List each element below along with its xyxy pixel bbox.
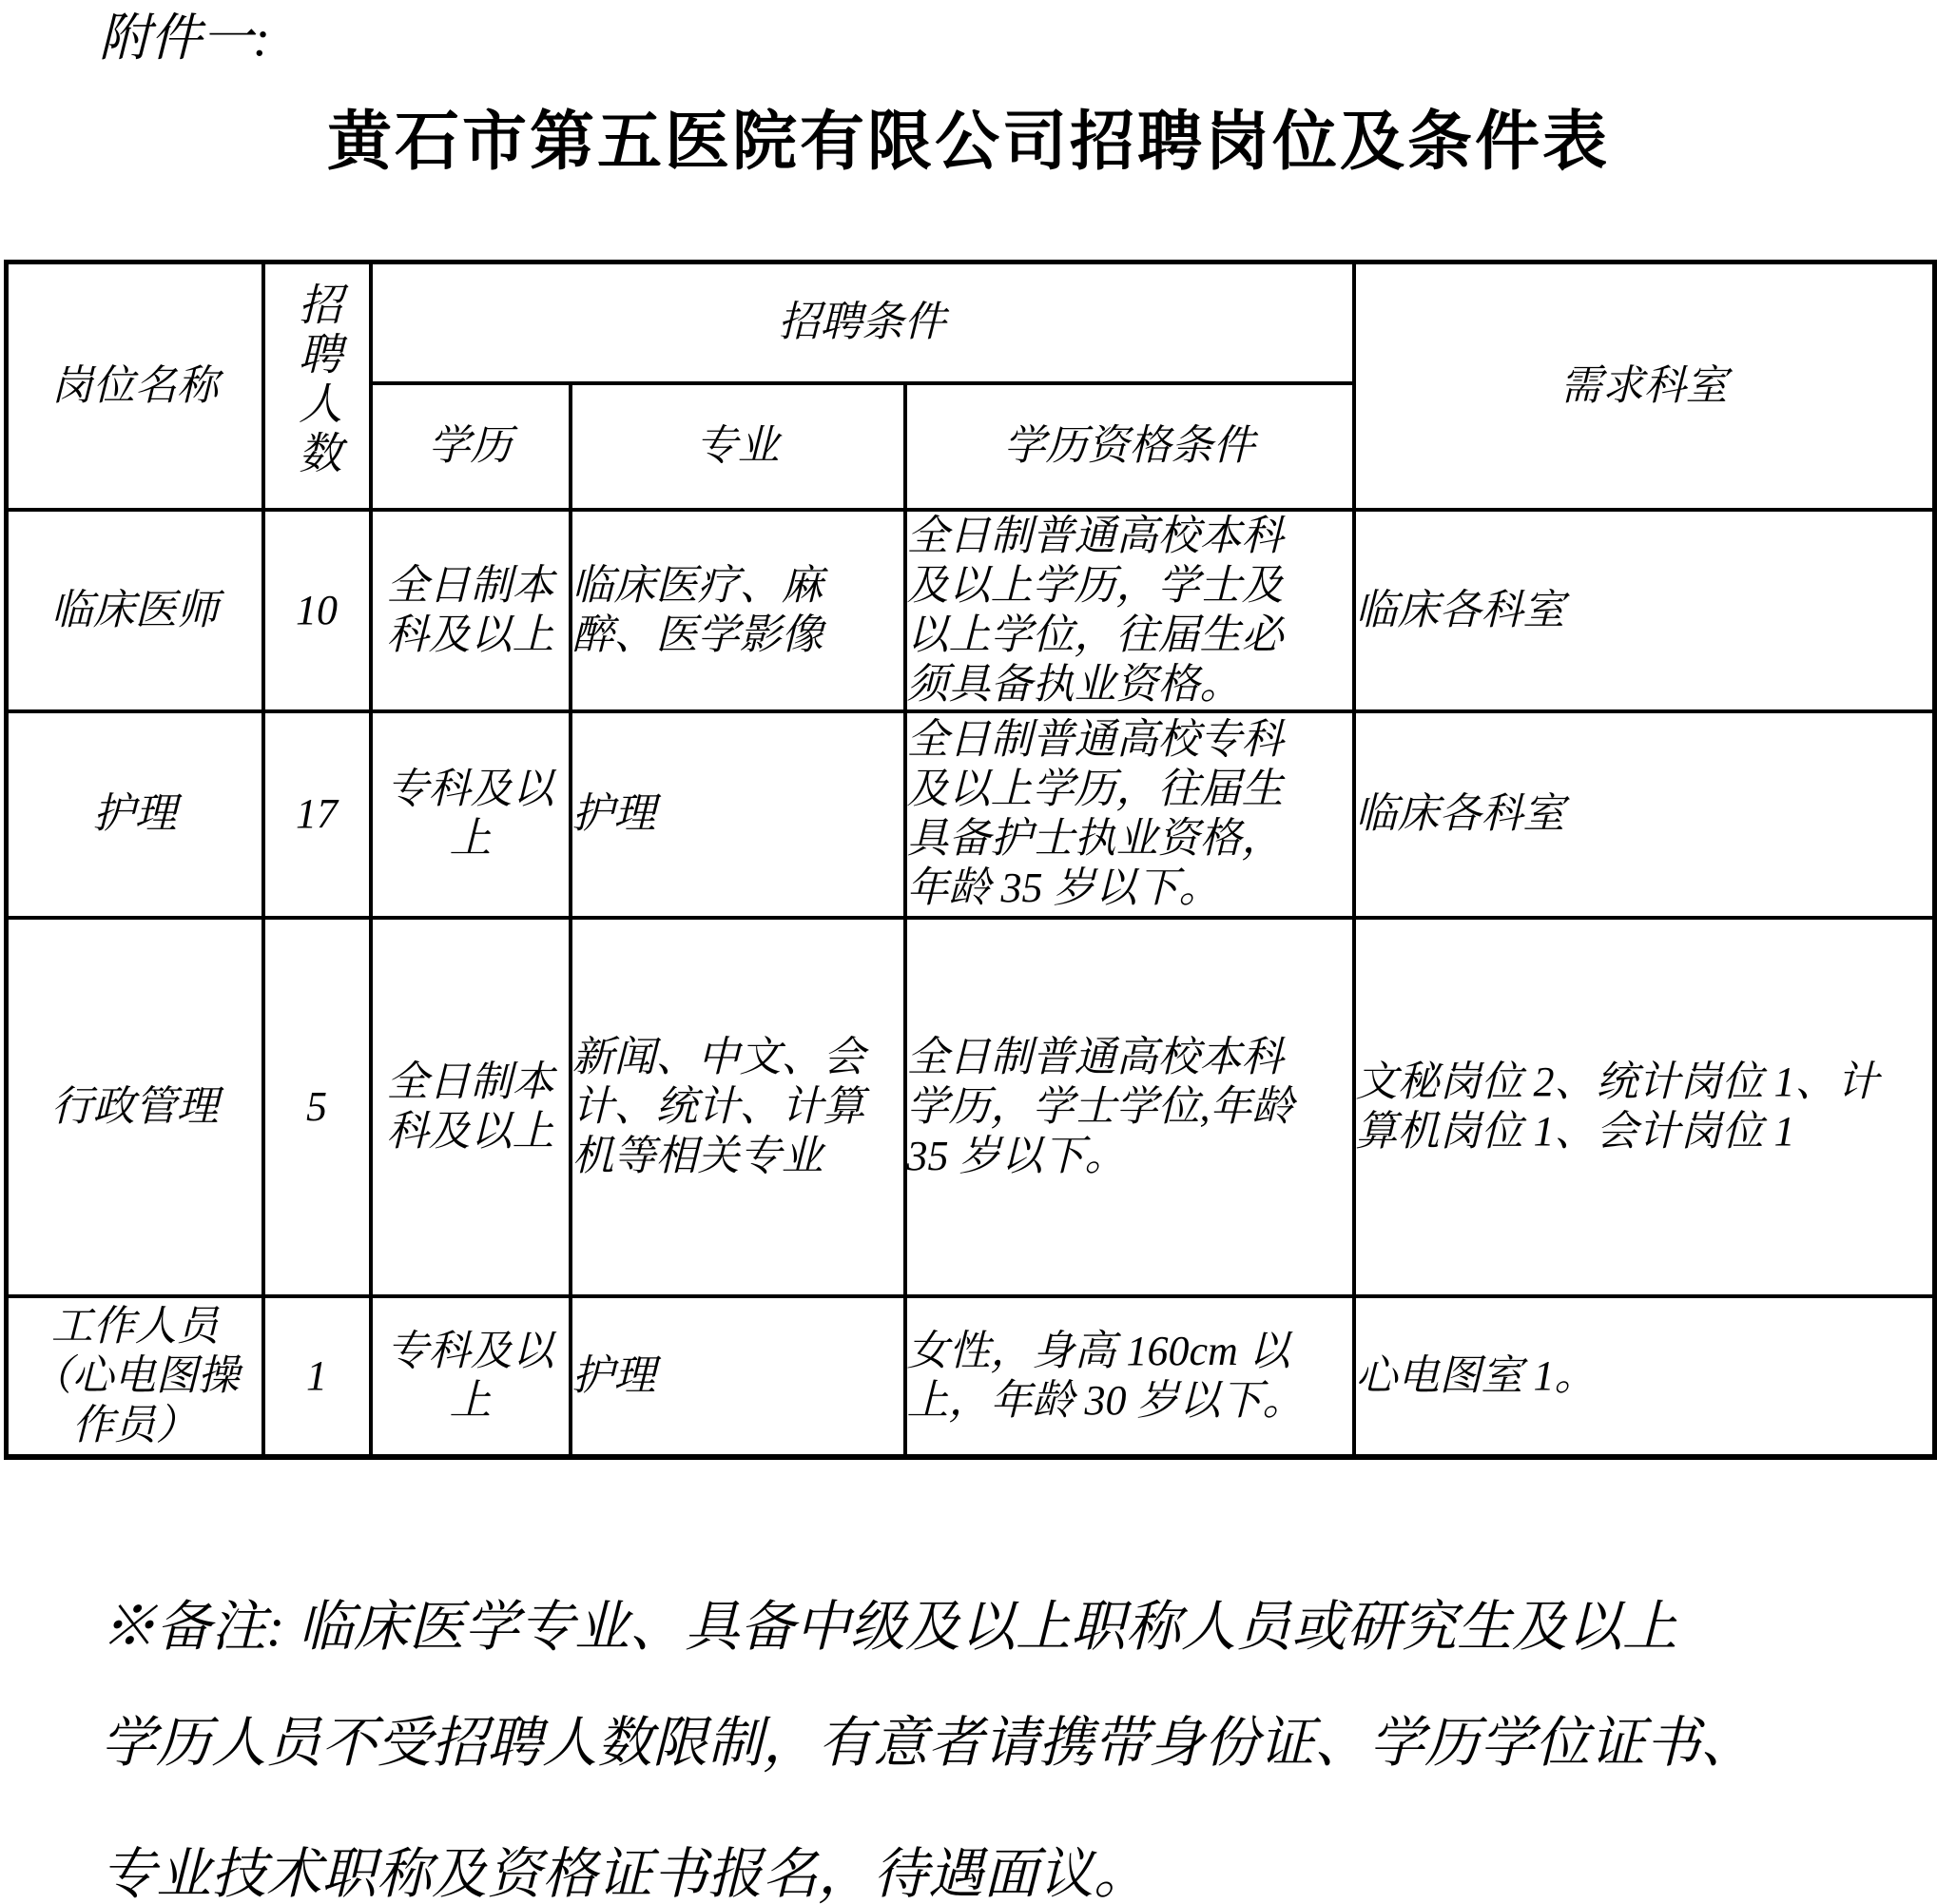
header-major: 专业 — [571, 383, 905, 510]
department-value: 临床各科室 — [1356, 790, 1565, 837]
major-value: 护理 — [572, 1352, 656, 1399]
qualification-value: 全日制普通高校专科 及以上学历，往届生 具备护士执业资格， 年龄 35 岁以下。 — [907, 716, 1284, 911]
cell-headcount: 17 — [263, 711, 371, 918]
cell-department: 临床各科室 — [1354, 711, 1935, 918]
cell-department: 文秘岗位 2、统计岗位 1、计 算机岗位 1、会计岗位 1 — [1354, 918, 1935, 1296]
position-value: 护理 — [93, 790, 177, 837]
cell-qualification: 全日制普通高校本科 及以上学历，学士及 以上学位，往届生必 须具备执业资格。 — [905, 510, 1354, 711]
cell-headcount: 1 — [263, 1296, 371, 1457]
major-value: 临床医疗、麻 醉、医学影像 — [572, 562, 823, 658]
department-value: 临床各科室 — [1356, 587, 1565, 633]
headcount-value: 1 — [306, 1352, 327, 1399]
document-page: 附件一: 黄石市第五医院有限公司招聘岗位及条件表 岗位名称 招聘人数 招聘条件 … — [0, 0, 1937, 1904]
cell-education: 专科及以 上 — [371, 1296, 571, 1457]
major-value: 新闻、中文、会 计、统计、计算 机等相关专业 — [572, 1034, 865, 1179]
page-title: 黄石市第五医院有限公司招聘岗位及条件表 — [0, 105, 1937, 179]
recruitment-table: 岗位名称 招聘人数 招聘条件 需求科室 学历 专业 学历资格条件 — [4, 260, 1937, 1460]
header-headcount: 招聘人数 — [263, 262, 371, 510]
note-line-3: 专业技术职称及资格证书报名，待遇面议。 — [101, 1841, 1149, 1904]
cell-qualification: 全日制普通高校专科 及以上学历，往届生 具备护士执业资格， 年龄 35 岁以下。 — [905, 711, 1354, 918]
cell-headcount: 5 — [263, 918, 371, 1296]
cell-position: 护理 — [7, 711, 263, 918]
header-qualification-label: 学历资格条件 — [1004, 422, 1255, 469]
header-education: 学历 — [371, 383, 571, 510]
education-value: 全日制本 科及以上 — [387, 562, 554, 658]
attachment-label: 附件一: — [99, 10, 270, 67]
header-position: 岗位名称 — [7, 262, 263, 510]
header-conditions-group-label: 招聘条件 — [779, 299, 946, 345]
headcount-value: 17 — [296, 790, 338, 837]
cell-qualification: 全日制普通高校本科 学历，学士学位,年龄 35 岁以下。 — [905, 918, 1354, 1296]
cell-major: 新闻、中文、会 计、统计、计算 机等相关专业 — [571, 918, 905, 1296]
qualification-value: 全日制普通高校本科 及以上学历，学士及 以上学位，往届生必 须具备执业资格。 — [907, 513, 1284, 708]
header-major-label: 专业 — [696, 422, 780, 469]
cell-education: 全日制本 科及以上 — [371, 918, 571, 1296]
position-value: 临床医师 — [51, 587, 219, 633]
qualification-value: 女性，身高 160cm 以 上，年龄 30 岁以下。 — [907, 1328, 1305, 1424]
table-header-row-1: 岗位名称 招聘人数 招聘条件 需求科室 — [7, 262, 1935, 383]
department-value: 文秘岗位 2、统计岗位 1、计 算机岗位 1、会计岗位 1 — [1356, 1059, 1879, 1155]
headcount-value: 5 — [306, 1083, 327, 1130]
header-department-label: 需求科室 — [1560, 362, 1728, 409]
header-department: 需求科室 — [1354, 262, 1935, 510]
header-education-label: 学历 — [429, 422, 513, 469]
education-value: 全日制本 科及以上 — [387, 1059, 554, 1155]
cell-position: 工作人员 （心电图操 作员） — [7, 1296, 263, 1457]
cell-department: 心电图室 1。 — [1354, 1296, 1935, 1457]
department-value: 心电图室 1。 — [1356, 1352, 1597, 1399]
education-value: 专科及以 上 — [387, 1328, 554, 1424]
position-value: 行政管理 — [51, 1083, 219, 1130]
cell-position: 行政管理 — [7, 918, 263, 1296]
header-position-label: 岗位名称 — [51, 362, 219, 409]
note-line-1: ※备注: 临床医学专业、具备中级及以上职称人员或研究生及以上 — [101, 1594, 1677, 1661]
table-row: 行政管理 5 全日制本 科及以上 新闻、中文、会 计、统计、计算 机等相关专业 … — [7, 918, 1935, 1296]
cell-headcount: 10 — [263, 510, 371, 711]
education-value: 专科及以 上 — [387, 766, 554, 862]
table-row: 工作人员 （心电图操 作员） 1 专科及以 上 护理 女性，身高 160cm 以… — [7, 1296, 1935, 1457]
cell-education: 专科及以 上 — [371, 711, 571, 918]
headcount-value: 10 — [296, 587, 338, 633]
qualification-value: 全日制普通高校本科 学历，学士学位,年龄 35 岁以下。 — [907, 1034, 1294, 1179]
position-value: 工作人员 （心电图操 作员） — [30, 1303, 240, 1448]
header-conditions-group: 招聘条件 — [371, 262, 1354, 383]
cell-major: 临床医疗、麻 醉、医学影像 — [571, 510, 905, 711]
cell-major: 护理 — [571, 711, 905, 918]
cell-education: 全日制本 科及以上 — [371, 510, 571, 711]
table-row: 临床医师 10 全日制本 科及以上 临床医疗、麻 醉、医学影像 全日制普通高校本… — [7, 510, 1935, 711]
header-qualification: 学历资格条件 — [905, 383, 1354, 510]
major-value: 护理 — [572, 790, 656, 837]
cell-position: 临床医师 — [7, 510, 263, 711]
cell-major: 护理 — [571, 1296, 905, 1457]
header-headcount-label: 招聘人数 — [269, 282, 364, 479]
table-row: 护理 17 专科及以 上 护理 全日制普通高校专科 及以上学历，往届生 具备护士… — [7, 711, 1935, 918]
note-line-2: 学历人员不受招聘人数限制，有意者请携带身份证、学历学位证书、 — [101, 1710, 1755, 1777]
cell-qualification: 女性，身高 160cm 以 上，年龄 30 岁以下。 — [905, 1296, 1354, 1457]
cell-department: 临床各科室 — [1354, 510, 1935, 711]
